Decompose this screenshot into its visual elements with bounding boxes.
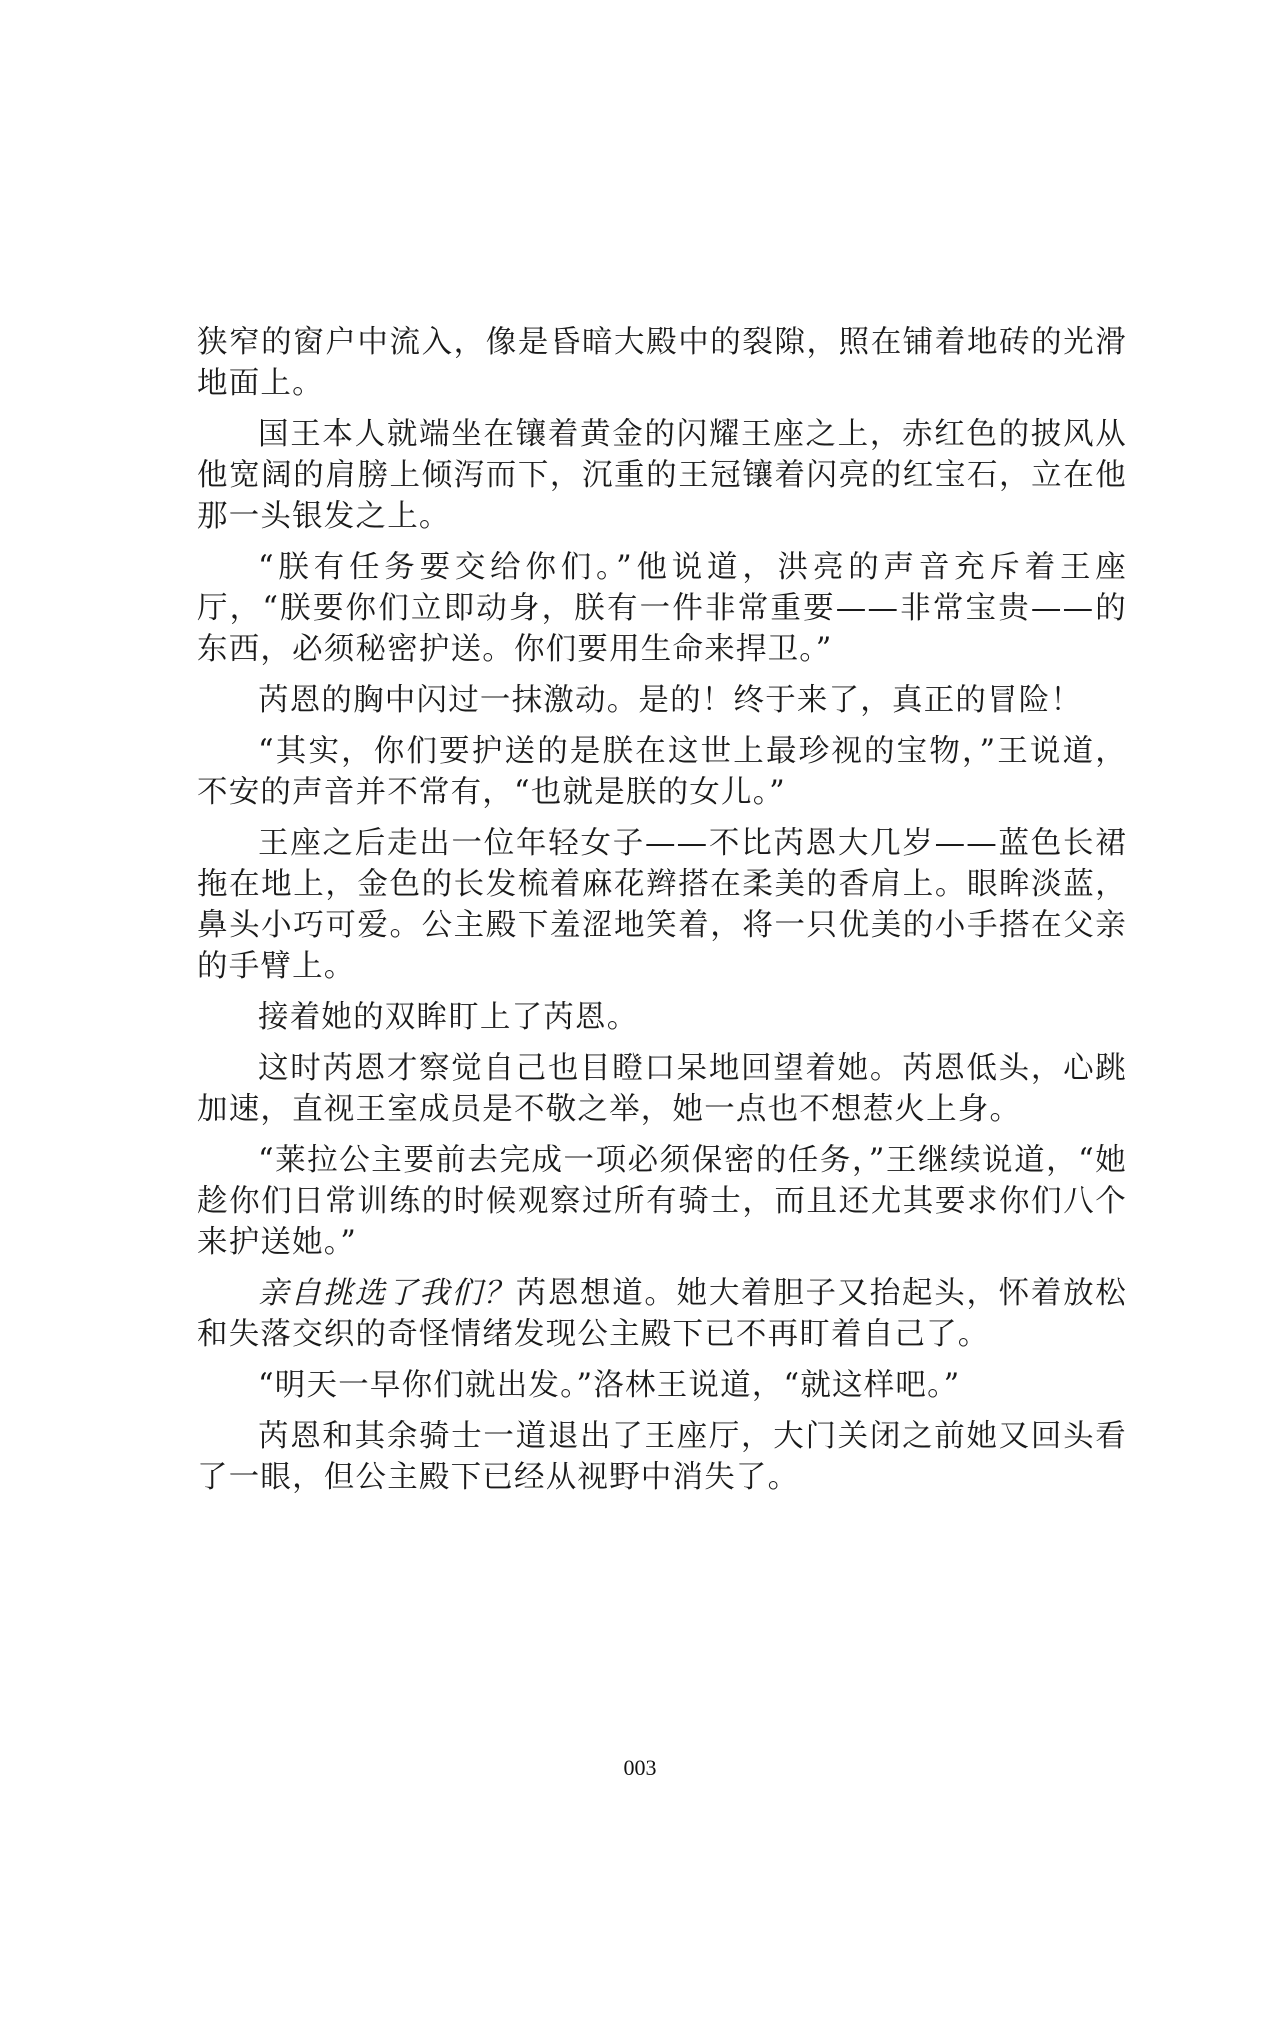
paragraph: 芮恩和其余骑士一道退出了王座厅，大门关闭之前她又回头看了一眼，但公主殿下已经从视…	[197, 1416, 1127, 1498]
page-number: 003	[0, 1755, 1280, 1781]
body-text: 狭窄的窗户中流入，像是昏暗大殿中的裂隙，照在铺着地砖的光滑地面上。 国王本人就端…	[197, 322, 1127, 1508]
paragraph: “朕有任务要交给你们。”他说道，洪亮的声音充斥着王座厅，“朕要你们立即动身，朕有…	[197, 547, 1127, 670]
paragraph: 芮恩的胸中闪过一抹激动。是的！终于来了，真正的冒险！	[197, 680, 1127, 721]
book-page: 狭窄的窗户中流入，像是昏暗大殿中的裂隙，照在铺着地砖的光滑地面上。 国王本人就端…	[0, 0, 1280, 2031]
paragraph: “其实，你们要护送的是朕在这世上最珍视的宝物，”王说道，不安的声音并不常有，“也…	[197, 731, 1127, 813]
paragraph: 这时芮恩才察觉自己也目瞪口呆地回望着她。芮恩低头，心跳加速，直视王室成员是不敬之…	[197, 1048, 1127, 1130]
paragraph: 亲自挑选了我们？芮恩想道。她大着胆子又抬起头，怀着放松和失落交织的奇怪情绪发现公…	[197, 1273, 1127, 1355]
paragraph: 王座之后走出一位年轻女子——不比芮恩大几岁——蓝色长裙拖在地上，金色的长发梳着麻…	[197, 823, 1127, 987]
paragraph: 接着她的双眸盯上了芮恩。	[197, 997, 1127, 1038]
paragraph: “莱拉公主要前去完成一项必须保密的任务，”王继续说道，“她趁你们日常训练的时候观…	[197, 1140, 1127, 1263]
paragraph: “明天一早你们就出发。”洛林王说道，“就这样吧。”	[197, 1365, 1127, 1406]
paragraph: 国王本人就端坐在镶着黄金的闪耀王座之上，赤红色的披风从他宽阔的肩膀上倾泻而下，沉…	[197, 414, 1127, 537]
italic-thought: 亲自挑选了我们？	[258, 1276, 516, 1311]
paragraph: 狭窄的窗户中流入，像是昏暗大殿中的裂隙，照在铺着地砖的光滑地面上。	[197, 322, 1127, 404]
